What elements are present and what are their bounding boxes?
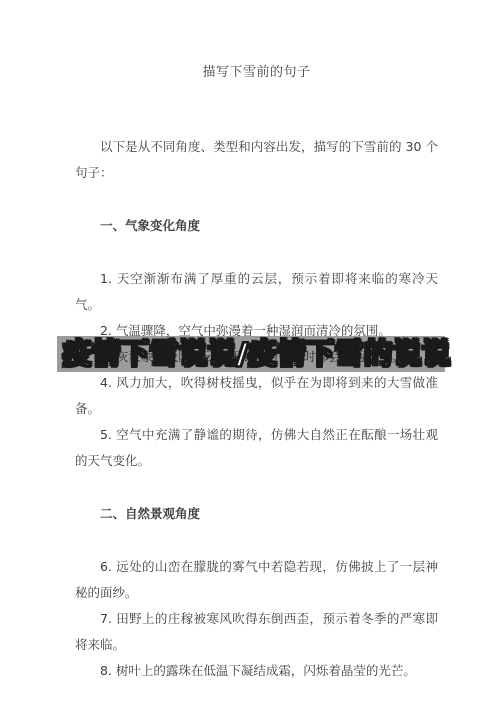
page-title: 描写下雪前的句子 <box>75 60 438 86</box>
sentence-item-6: 6. 远处的山峦在朦胧的雾气中若隐若现，仿佛披上了一层神秘的面纱。 <box>75 554 438 606</box>
watermark-banner: 疫情下雪说说/疫情下雪的说说 <box>57 336 445 372</box>
watermark-text: 疫情下雪说说/疫情下雪的说说 <box>57 340 451 368</box>
sentence-item-5: 5. 空气中充满了静谧的期待，仿佛大自然正在酝酿一场壮观的天气变化。 <box>75 422 438 474</box>
intro-paragraph: 以下是从不同角度、类型和内容出发，描写的下雪前的 30 个句子： <box>75 134 438 186</box>
document-page: 描写下雪前的句子 以下是从不同角度、类型和内容出发，描写的下雪前的 30 个句子… <box>0 0 500 706</box>
section-heading-scenery: 二、自然景观角度 <box>75 501 438 527</box>
sentence-item-4: 4. 风力加大，吹得树枝摇曳，似乎在为即将到来的大雪做准备。 <box>75 370 438 422</box>
section-heading-weather: 一、气象变化角度 <box>75 213 438 239</box>
sentence-item-7: 7. 田野上的庄稼被寒风吹得东倒西歪，预示着冬季的严寒即将来临。 <box>75 606 438 658</box>
sentence-item-1: 1. 天空渐渐布满了厚重的云层，预示着即将来临的寒冷天气。 <box>75 266 438 318</box>
sentence-item-8: 8. 树叶上的露珠在低温下凝结成霜，闪烁着晶莹的光芒。 <box>75 658 438 684</box>
